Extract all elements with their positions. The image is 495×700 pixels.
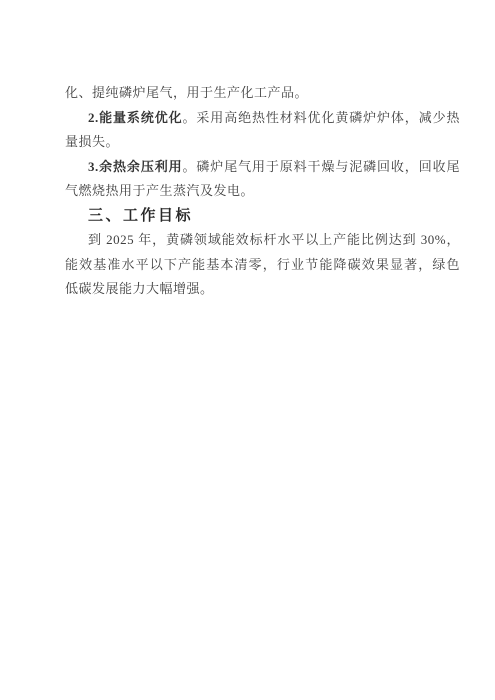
item2-line-2: 量损失。: [65, 130, 460, 155]
section-heading: 三、工作目标: [65, 204, 460, 229]
item3-line-1: 3.余热余压利用。磷炉尾气用于原料干燥与泥磷回收，回收尾: [65, 155, 460, 180]
goal-paragraph-line-3: 低碳发展能力大幅增强。: [65, 277, 460, 302]
item2-body-text: 。采用高绝热性材料优化黄磷炉炉体，减少热: [183, 110, 460, 125]
item3-lead-text: 3.余热余压利用: [88, 159, 183, 174]
document-page: 化、提纯磷炉尾气，用于生产化工产品。 2.能量系统优化。采用高绝热性材料优化黄磷…: [0, 0, 495, 700]
paragraph-tail-line: 化、提纯磷炉尾气，用于生产化工产品。: [65, 81, 460, 106]
goal-paragraph-line-1: 到 2025 年，黄磷领域能效标杆水平以上产能比例达到 30%，: [65, 228, 460, 253]
document-text-block: 化、提纯磷炉尾气，用于生产化工产品。 2.能量系统优化。采用高绝热性材料优化黄磷…: [65, 81, 460, 302]
item3-line-2: 气燃烧热用于产生蒸汽及发电。: [65, 179, 460, 204]
item2-line-1: 2.能量系统优化。采用高绝热性材料优化黄磷炉炉体，减少热: [65, 106, 460, 131]
item2-lead-text: 2.能量系统优化: [88, 110, 183, 125]
item3-body-text: 。磷炉尾气用于原料干燥与泥磷回收，回收尾: [183, 159, 460, 174]
goal-paragraph-line-2: 能效基准水平以下产能基本清零，行业节能降碳效果显著，绿色: [65, 253, 460, 278]
